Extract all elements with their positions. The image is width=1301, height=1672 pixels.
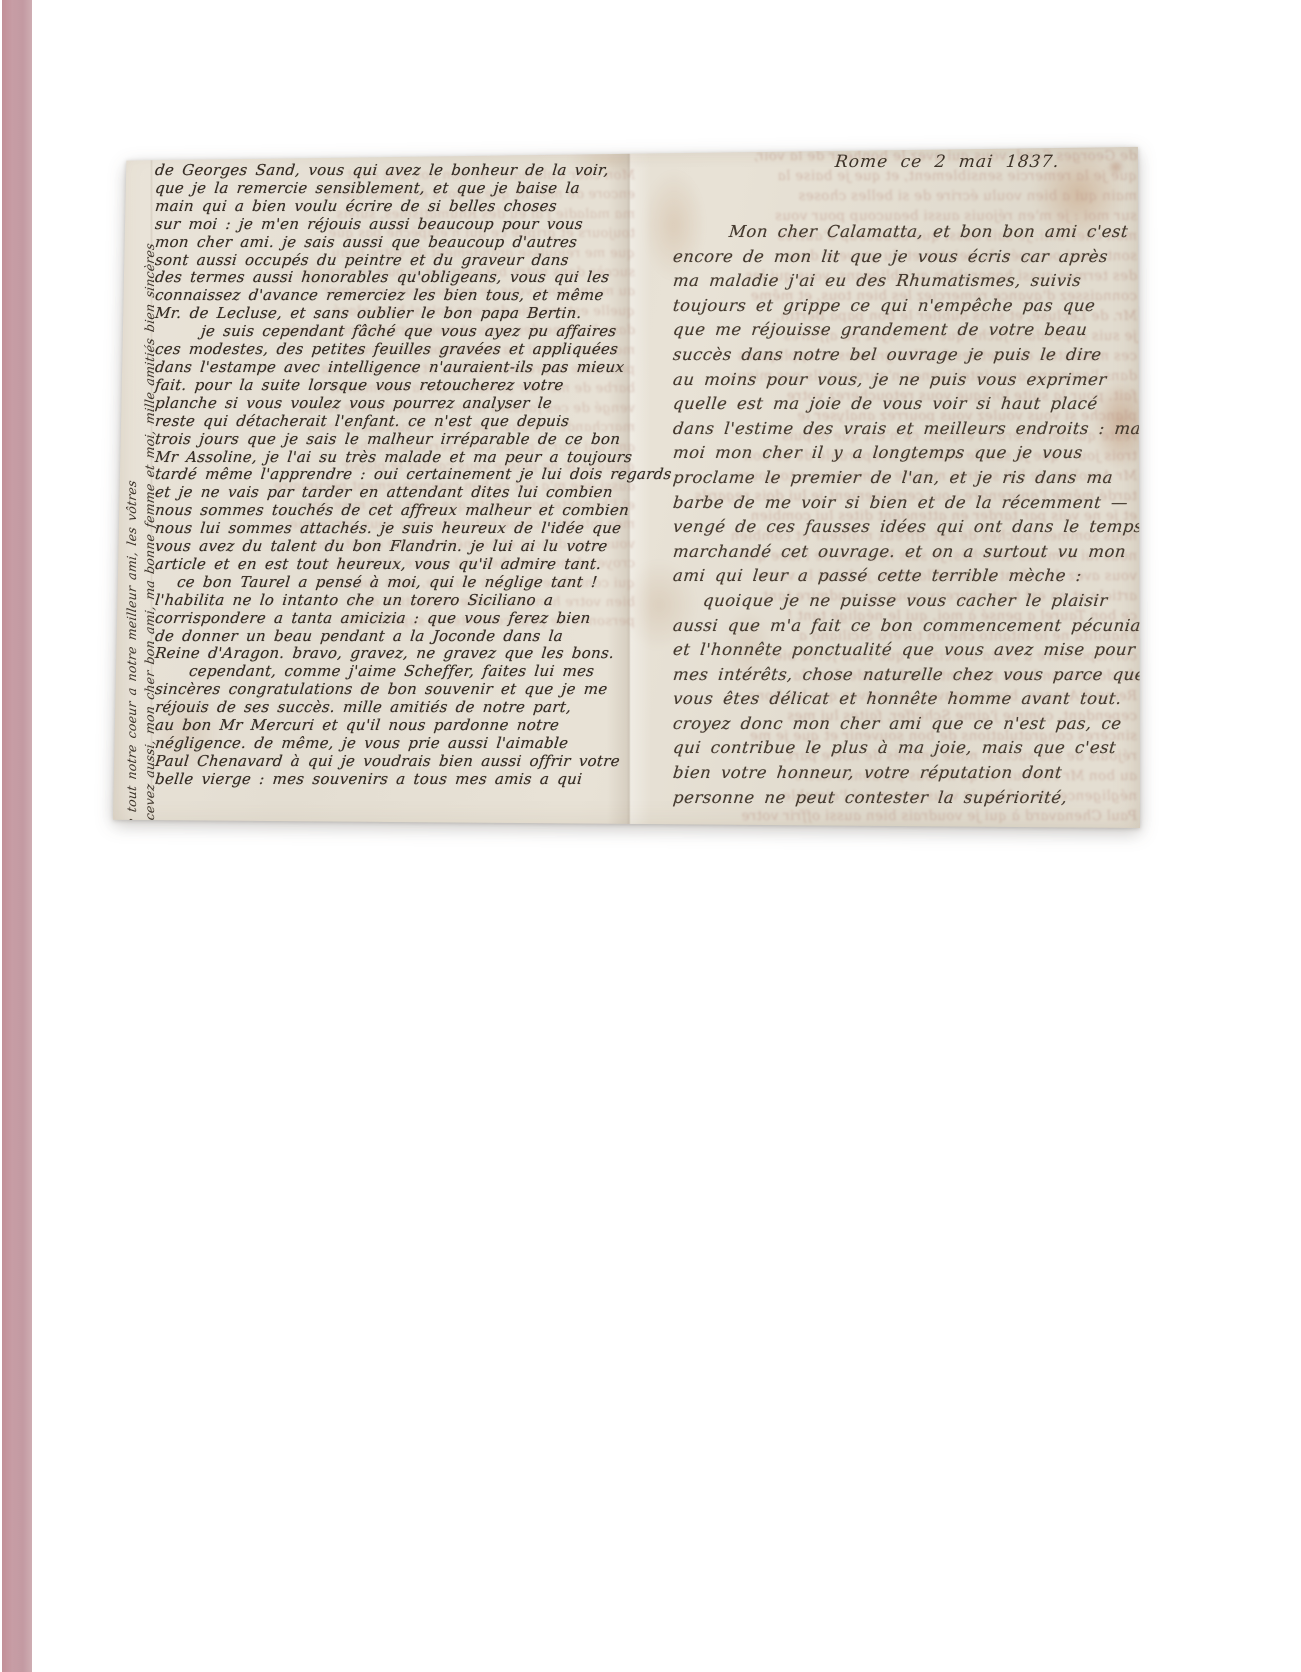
margin-line: de tout notre coeur a notre meilleur ami… xyxy=(123,165,141,828)
manuscript-line: des termes aussi honorables qu'obligeans… xyxy=(154,269,638,287)
margin-cross-writing: de tout notre coeur a notre meilleur ami… xyxy=(123,166,159,828)
manuscript-line: tardé même l'apprendre : oui certainemen… xyxy=(154,466,638,484)
manuscript-line: succès dans notre bel ouvrage je puis le… xyxy=(672,343,1137,368)
manuscript-line: dans l'estampe avec intelligence n'aurai… xyxy=(154,359,638,377)
manuscript-line: réjouis de ses succès. mille amitiés de … xyxy=(154,699,638,717)
manuscript-line: quelle est ma joie de vous voir si haut … xyxy=(672,392,1137,417)
manuscript-line: nous sommes touchés de cet affreux malhe… xyxy=(154,502,638,520)
letter-paper-shadow: Mon cher Calamatta, et bon bon ami c'est… xyxy=(113,140,1140,828)
manuscript-line: main qui a bien voulu écrire de si belle… xyxy=(154,198,638,216)
manuscript-line: sur moi : je m'en réjouis aussi beaucoup… xyxy=(154,216,638,234)
manuscript-line: quoique je ne puisse vous cacher le plai… xyxy=(672,589,1137,614)
manuscript-line: ami qui leur a passé cette terrible mèch… xyxy=(672,564,1137,589)
manuscript-line: vengé de ces fausses idées qui ont dans … xyxy=(672,515,1137,540)
manuscript-line: au bon Mr Mercuri et qu'il nous pardonne… xyxy=(154,717,638,735)
manuscript-line: mon cher ami. je sais aussi que beaucoup… xyxy=(154,234,638,252)
manuscript-line: mes intérêts, chose naturelle chez vous … xyxy=(672,663,1137,688)
foxing-stain xyxy=(1108,160,1124,174)
manuscript-line: fait. pour la suite lorsque vous retouch… xyxy=(154,377,638,395)
letter-photograph: Mon cher Calamatta, et bon bon ami c'est… xyxy=(0,0,1301,1672)
bleed-line: belle vierge : mes souvenirs a tous mes … xyxy=(668,826,1138,828)
manuscript-line: Mr Assoline, je l'ai su très malade et m… xyxy=(154,449,638,467)
manuscript-line: bien votre honneur, votre réputation don… xyxy=(672,761,1137,786)
letter-paper: Mon cher Calamatta, et bon bon ami c'est… xyxy=(113,140,1140,828)
manuscript-line: ce bon Taurel a pensé à moi, qui le négl… xyxy=(154,574,638,592)
manuscript-line: négligence. de même, je vous prie aussi … xyxy=(154,735,638,753)
manuscript-line: sont aussi occupés du peintre et du grav… xyxy=(154,252,638,270)
manuscript-line: l'habilita ne lo intanto che un torero S… xyxy=(154,592,638,610)
manuscript-line: dans l'estime des vrais et meilleurs end… xyxy=(672,417,1137,442)
manuscript-line: ma maladie j'ai eu des Rhumatismes, suiv… xyxy=(672,269,1137,294)
right-page-text: Mon cher Calamatta, et bon bon ami c'est… xyxy=(673,220,1135,810)
manuscript-line: corrispondere a tanta amicizia : que vou… xyxy=(154,610,638,628)
manuscript-line: Reine d'Aragon. bravo, gravez, ne gravez… xyxy=(154,645,638,663)
manuscript-line: cependant, comme j'aime Scheffer, faites… xyxy=(154,663,638,681)
manuscript-line: je suis cependant fâché que vous ayez pu… xyxy=(154,323,638,341)
manuscript-line: vous êtes délicat et honnête homme avant… xyxy=(672,687,1137,712)
manuscript-line: proclame le premier de l'an, et je ris d… xyxy=(672,466,1137,491)
manuscript-line: belle vierge : mes souvenirs a tous mes … xyxy=(154,771,638,789)
margin-line: recevez aussi, mon cher bon ami, ma bonn… xyxy=(141,165,159,828)
catalog-page: Mon cher Calamatta, et bon bon ami c'est… xyxy=(0,0,1301,1672)
manuscript-line: trois jours que je sais le malheur irrép… xyxy=(154,431,638,449)
manuscript-line: et je ne vais par tarder en attendant di… xyxy=(154,484,638,502)
manuscript-line: aussi que m'a fait ce bon commencement p… xyxy=(672,614,1137,639)
manuscript-line: Mr. de Lecluse, et sans oublier le bon p… xyxy=(154,305,638,323)
manuscript-line: et l'honnête ponctualité que vous avez m… xyxy=(672,638,1137,663)
manuscript-line: que me réjouisse grandement de votre bea… xyxy=(672,318,1137,343)
manuscript-line: barbe de me voir si bien et de la récemm… xyxy=(672,491,1137,516)
manuscript-line: de donner un beau pendant a la Joconde d… xyxy=(154,628,638,646)
manuscript-line: au moins pour vous, je ne puis vous expr… xyxy=(672,368,1137,393)
manuscript-line: vous avez du talent du bon Flandrin. je … xyxy=(154,538,638,556)
bleed-line: main qui a bien voulu écrire de si belle… xyxy=(668,186,1138,206)
letter-date: Rome ce 2 mai 1837. xyxy=(834,152,1061,172)
manuscript-line: que je la remercie sensiblement, et que … xyxy=(154,180,638,198)
manuscript-line: Paul Chenavard à qui je voudrais bien au… xyxy=(154,753,638,771)
manuscript-line: croyez donc mon cher ami que ce n'est pa… xyxy=(672,712,1137,737)
manuscript-line: sincères congratulations de bon souvenir… xyxy=(154,681,638,699)
manuscript-line: moi mon cher il y a longtemps que je vou… xyxy=(672,441,1137,466)
manuscript-line: de Georges Sand, vous qui avez le bonheu… xyxy=(154,162,638,180)
manuscript-line: ces modestes, des petites feuilles gravé… xyxy=(154,341,638,359)
left-page-text: de Georges Sand, vous qui avez le bonheu… xyxy=(155,162,637,789)
manuscript-line: personne ne peut contester la supériorit… xyxy=(672,786,1137,811)
manuscript-line: connaissez d'avance remerciez les bien t… xyxy=(154,287,638,305)
manuscript-line: marchandé cet ouvrage. et on a surtout v… xyxy=(672,540,1137,565)
manuscript-line: nous lui sommes attachés. je suis heureu… xyxy=(154,520,638,538)
manuscript-line: toujours et grippe ce qui n'empêche pas … xyxy=(672,294,1137,319)
manuscript-line: article et en est tout heureux, vous qu'… xyxy=(154,556,638,574)
manuscript-line: qui contribue le plus à ma joie, mais qu… xyxy=(672,736,1137,761)
manuscript-line: encore de mon lit que je vous écris car … xyxy=(672,245,1137,270)
manuscript-line: reste qui détacherait l'enfant. ce n'est… xyxy=(154,413,638,431)
manuscript-line: Mon cher Calamatta, et bon bon ami c'est xyxy=(672,220,1137,245)
ingres-signature: Ingres xyxy=(115,820,146,828)
manuscript-line: planche si vous voulez vous pourrez anal… xyxy=(154,395,638,413)
